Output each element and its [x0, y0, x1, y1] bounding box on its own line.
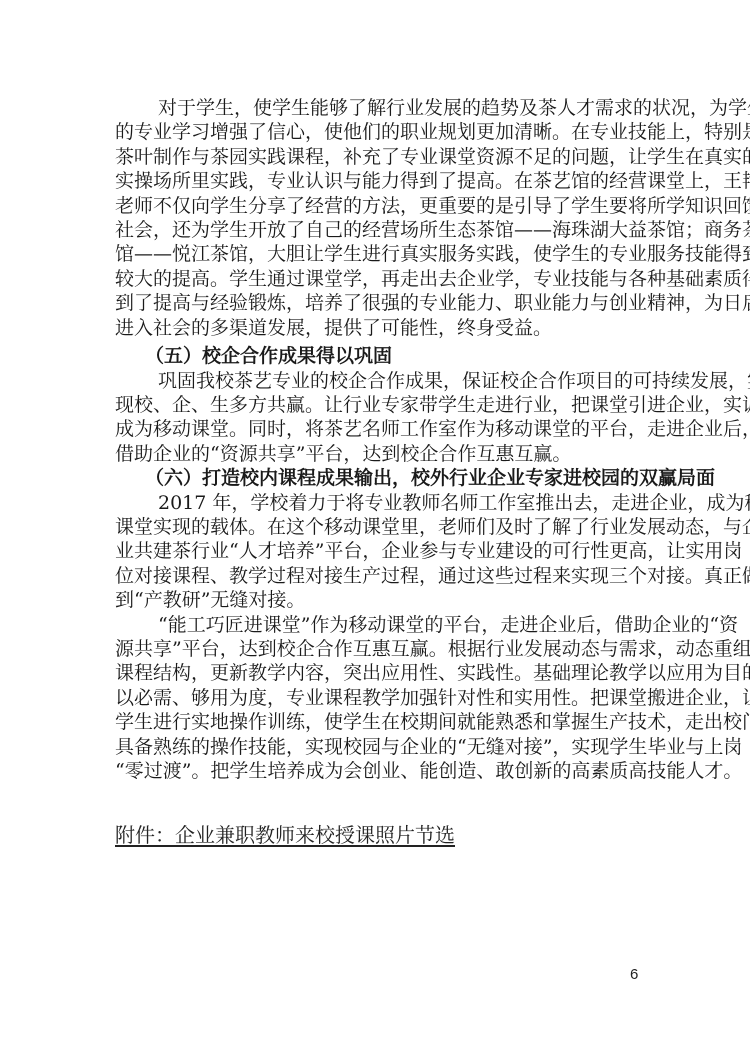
text-line: 业共建茶行业“人才培养”平台，企业参与专业建设的可行性更高，让实用岗 — [115, 539, 628, 563]
text-line: 源共享”平台，达到校企合作互惠互赢。根据行业发展动态与需求，动态重组 — [115, 637, 628, 661]
text-line: “零过渡”。把学生培养成为会创业、能创造、敢创新的高素质高技能人才。 — [115, 759, 628, 783]
text-line: 巩固我校茶艺专业的校企合作成果，保证校企合作项目的可持续发展，实 — [158, 369, 628, 393]
text-line: 对于学生，使学生能够了解行业发展的趋势及茶人才需求的状况，为学生 — [158, 96, 628, 120]
document-page: 对于学生，使学生能够了解行业发展的趋势及茶人才需求的状况，为学生 的专业学习增强… — [0, 0, 750, 1060]
text-line: 到“产教研”无缝对接。 — [115, 588, 628, 612]
text-line: 学生进行实地操作训练，使学生在校期间就能熟悉和掌握生产技术，走出校门， — [115, 710, 628, 734]
page-number: 6 — [630, 966, 638, 983]
text-line: 老师不仅向学生分享了经营的方法，更重要的是引导了学生要将所学知识回馈 — [115, 194, 628, 218]
text-line: 以必需、够用为度，专业课程教学加强针对性和实用性。把课堂搬进企业，让 — [115, 686, 628, 710]
text-line: 茶叶制作与茶园实践课程，补充了专业课堂资源不足的问题，让学生在真实的 — [115, 145, 628, 169]
text-line: 社会，还为学生开放了自己的经营场所生态茶馆——海珠湖大益茶馆；商务茶 — [115, 218, 628, 242]
appendix-title: 附件：企业兼职教师来校授课照片节选 — [115, 822, 455, 848]
text-line: 具备熟练的操作技能，实现校园与企业的“无缝对接”，实现学生毕业与上岗 — [115, 735, 628, 759]
text-line: 借助企业的“资源共享”平台，达到校企合作互惠互赢。 — [115, 442, 628, 466]
text-line: 成为移动课堂。同时，将茶艺名师工作室作为移动课堂的平台，走进企业后， — [115, 417, 628, 441]
text-line: 的专业学习增强了信心，使他们的职业规划更加清晰。在专业技能上，特别是 — [115, 120, 628, 144]
text-line: 课程结构，更新教学内容，突出应用性、实践性。基础理论教学以应用为目的， — [115, 661, 628, 685]
text-line: 进入社会的多渠道发展，提供了可能性，终身受益。 — [115, 316, 628, 340]
text-line: “能工巧匠进课堂”作为移动课堂的平台，走进企业后，借助企业的“资 — [158, 613, 628, 637]
text-line: 现校、企、生多方共赢。让行业专家带学生走进行业，把课堂引进企业，实训 — [115, 393, 628, 417]
section-heading-6: （六）打造校内课程成果输出，校外行业企业专家进校园的双赢局面 — [145, 466, 715, 490]
text-line: 实操场所里实践，专业认识与能力得到了提高。在茶艺馆的经营课堂上，王艳 — [115, 169, 628, 193]
text-line: 较大的提高。学生通过课堂学，再走出去企业学，专业技能与各种基础素质得 — [115, 267, 628, 291]
text-line: 2017 年，学校着力于将专业教师名师工作室推出去，走进企业，成为移动 — [158, 491, 628, 515]
text-line: 课堂实现的载体。在这个移动课堂里，老师们及时了解了行业发展动态，与企 — [115, 515, 628, 539]
section-heading-5: （五）校企合作成果得以巩固 — [145, 344, 392, 368]
text-line: 位对接课程、教学过程对接生产过程，通过这些过程来实现三个对接。真正做 — [115, 564, 628, 588]
text-line: 馆——悦江茶馆，大胆让学生进行真实服务实践，使学生的专业服务技能得到 — [115, 242, 628, 266]
text-line: 到了提高与经验锻炼，培养了很强的专业能力、职业能力与创业精神，为日后 — [115, 291, 628, 315]
